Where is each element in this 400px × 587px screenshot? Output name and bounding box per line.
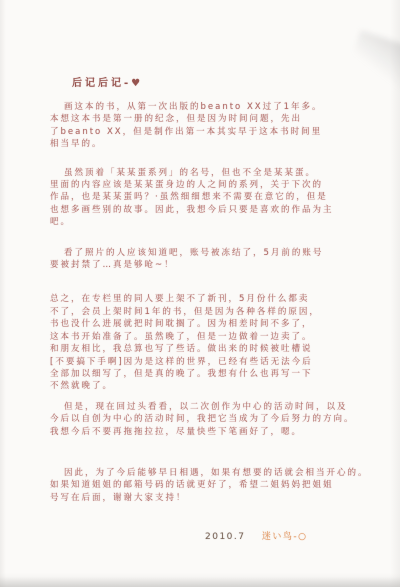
text-line: 不然就晚了。 [50, 380, 352, 392]
page-title: 后记后记-♥ [72, 74, 352, 89]
text-line: 里面的内容应该是某某蛋身边的人之间的系列，关于下次的 [50, 179, 352, 191]
text-line: 总之，在专栏里的同人要上架不了新刊，5月份什么都卖 [50, 293, 352, 305]
text-line: 也想多画些别的故事。因此，我想今后只要是喜欢的作品为主 [50, 204, 352, 216]
text-line: 不了，会员上架时间1年的书，但是因为各种各样的原因， [50, 306, 352, 318]
paragraph: 总之，在专栏里的同人要上架不了新刊，5月份什么都卖不了，会员上架时间1年的书，但… [50, 293, 352, 392]
footer: 2010.7 迷い鸟-○ [205, 529, 307, 542]
paragraph: 画这本的书，从第一次出版的beanto XX过了1年多。本想这本书是第一册的纪念… [50, 101, 352, 151]
text-line: 今后以自创为中心的活动时间，我把它当成为了今后努力的方向。 [50, 413, 352, 425]
text-line: 画这本的书，从第一次出版的beanto XX过了1年多。 [50, 101, 352, 113]
text-line: 这本书开始准备了。虽然晚了，但是一边做着一边卖了。 [50, 331, 352, 343]
text-line: 我想今后不要再拖拖拉拉，尽量快些下笔画好了，嗯。 [50, 426, 352, 438]
author-signature: 迷い鸟-○ [262, 532, 308, 542]
text-line: 如果知道姐姐的邮箱号码的话就更好了，希望二姐妈妈把姐姐 [50, 479, 352, 491]
text-line: 看了照片的人应该知道吧，账号被冻结了，5月前的账号 [50, 247, 352, 259]
paragraphs-container: 画这本的书，从第一次出版的beanto XX过了1年多。本想这本书是第一册的纪念… [50, 101, 352, 504]
text-line: 和朋友相比，我总算也写了些话。做出来的时候被吐槽说 [50, 343, 352, 355]
text-line: 但是，现在回过头看看，以二次创作为中心的活动时间，以及 [50, 401, 352, 413]
text-line: [不要搞下手啊]因为是这样的世界，已经有些话无法今后 [50, 356, 352, 368]
scan-shadow-top-right [347, 30, 400, 95]
text-line: 本想这本书是第一册的纪念，但是因为时间问题，先出 [50, 113, 352, 125]
text-line: 因此，为了今后能够早日相遇，如果有想要的话就会相当开心的。 [50, 467, 352, 479]
text-line: 相当早的。 [50, 138, 352, 150]
date-text: 2010.7 [205, 532, 246, 542]
paragraph: 因此，为了今后能够早日相遇，如果有想要的话就会相当开心的。如果知道姐姐的邮箱号码… [50, 467, 352, 504]
text-line: 书也没什么进展就把时间耽搁了。因为相差时间不多了， [50, 318, 352, 330]
text-line: 作品，也是某某蛋吗？·虽然细细想来不需要在意它的，但是 [50, 191, 352, 203]
text-line: 虽然顶着「某某蛋系列」的名号，但也不全是某某蛋。 [50, 167, 352, 179]
text-line: 全部加以细写了，但是真的晚了。我想有什么也再写一下 [50, 368, 352, 380]
text-line: 要被封禁了…真是够呛~！ [50, 259, 352, 271]
scan-shadow-bottom-edge [0, 577, 400, 587]
text-line: 号写在后面，谢谢大家支持！ [50, 492, 352, 504]
paragraph: 看了照片的人应该知道吧，账号被冻结了，5月前的账号要被封禁了…真是够呛~！ [50, 247, 352, 272]
document-content: 后记后记-♥ 画这本的书，从第一次出版的beanto XX过了1年多。本想这本书… [50, 0, 352, 504]
paragraph: 虽然顶着「某某蛋系列」的名号，但也不全是某某蛋。里面的内容应该是某某蛋身边的人之… [50, 167, 352, 229]
scanned-afterword-page: 后记后记-♥ 画这本的书，从第一次出版的beanto XX过了1年多。本想这本书… [0, 0, 400, 587]
text-line: 了beanto XX，但是制作出第一本其实早于这本书时间里 [50, 126, 352, 138]
paragraph: 但是，现在回过头看看，以二次创作为中心的活动时间，以及今后以自创为中心的活动时间… [50, 401, 352, 438]
text-line: 吧。 [50, 216, 352, 228]
